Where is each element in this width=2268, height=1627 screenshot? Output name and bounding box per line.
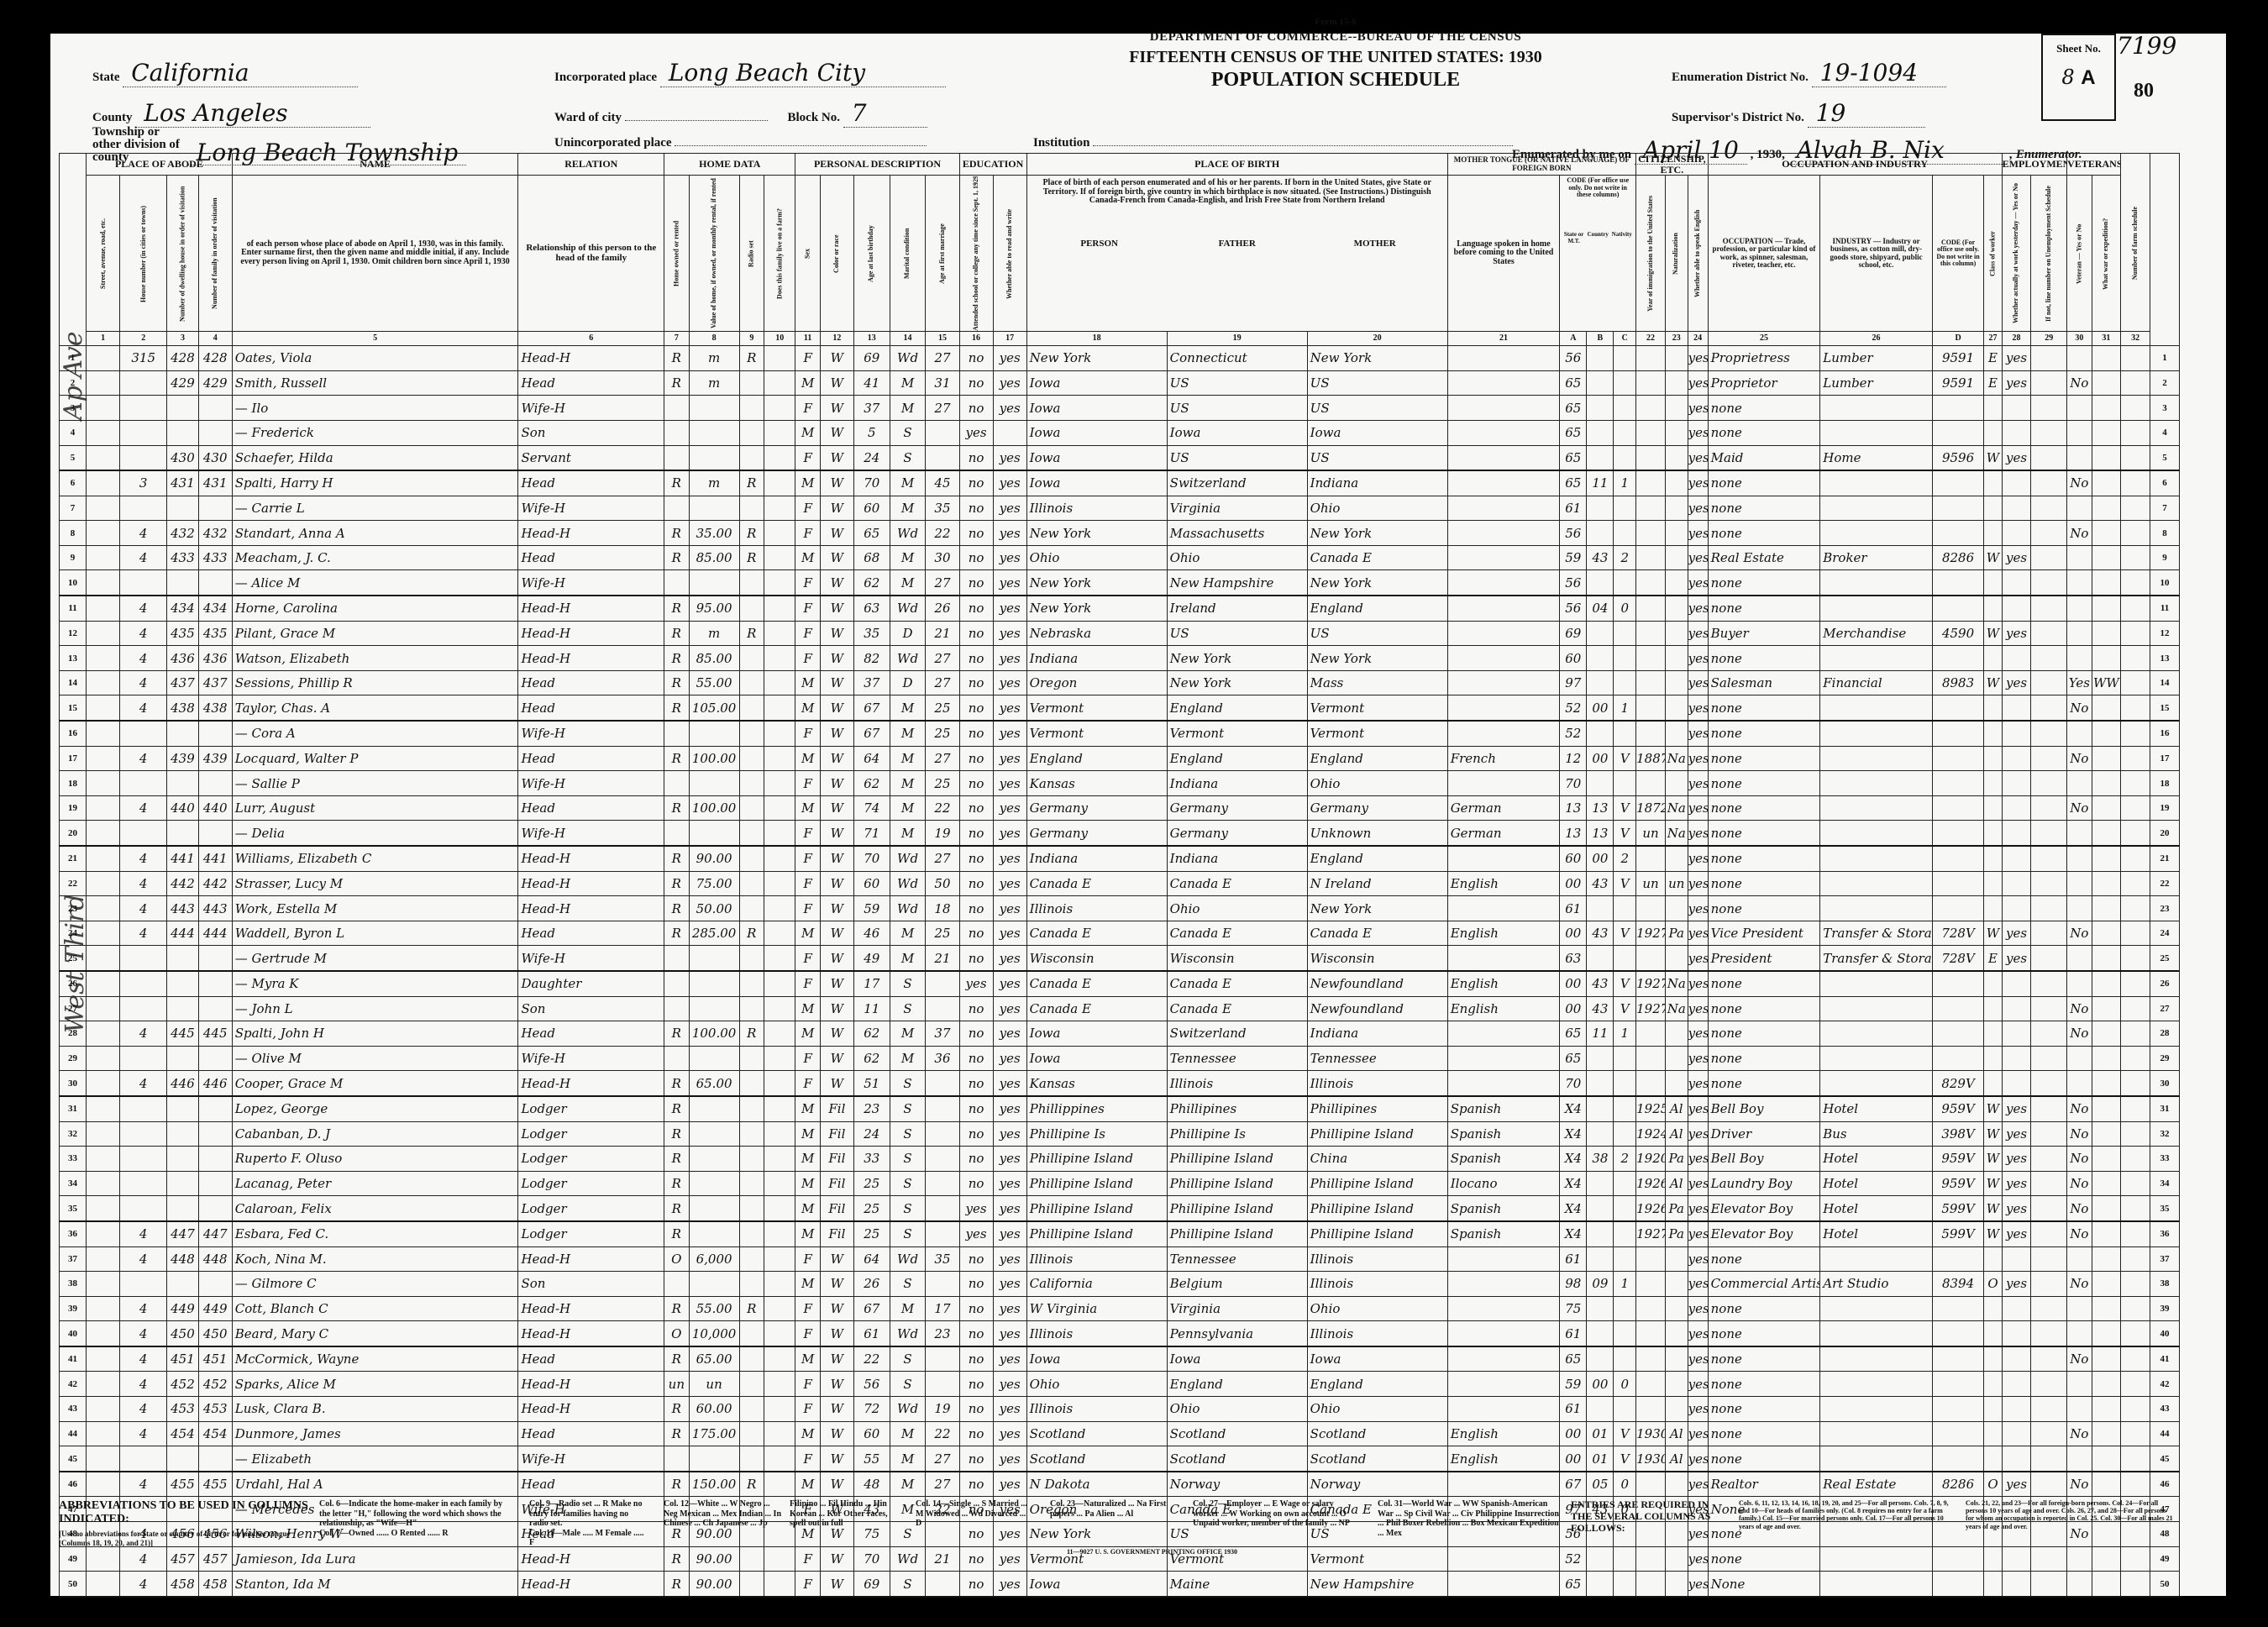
birthplace-father: Phillipine Island <box>1167 1221 1307 1246</box>
birthplace-father: Vermont <box>1167 721 1307 746</box>
farm <box>764 971 795 996</box>
age-first-marriage <box>926 1196 959 1221</box>
birthplace-mother: Iowa <box>1307 1346 1447 1372</box>
relation: Head-H <box>518 521 664 546</box>
at-work: yes <box>2002 621 2031 646</box>
war <box>2092 396 2121 421</box>
at-work <box>2002 795 2031 821</box>
home-owned-rented <box>664 445 689 470</box>
radio-set <box>739 646 764 671</box>
farm-schedule <box>2121 1296 2150 1321</box>
family-number <box>198 1046 232 1071</box>
industry <box>1820 470 1933 496</box>
relation: Head <box>518 1472 664 1497</box>
farm-schedule <box>2121 1171 2150 1196</box>
relation: Wife-H <box>518 1446 664 1472</box>
line-number-right: 46 <box>2150 1472 2180 1497</box>
read-write: yes <box>993 670 1026 695</box>
birthplace-mother: Wisconsin <box>1307 946 1447 971</box>
unemployment-line <box>2031 1121 2067 1147</box>
family-number: 443 <box>198 896 232 921</box>
mother-tongue <box>1447 846 1560 871</box>
person-name: Watson, Elizabeth <box>232 646 518 671</box>
veteran: No <box>2067 1021 2092 1047</box>
birthplace-person: W Virginia <box>1026 1296 1167 1321</box>
occupation-code <box>1932 496 1983 521</box>
age-first-marriage: 17 <box>926 1296 959 1321</box>
immigration-year <box>1636 396 1666 421</box>
immigration-year: 1926 <box>1636 1171 1666 1196</box>
radio-set <box>739 996 764 1021</box>
age-first-marriage: 25 <box>926 721 959 746</box>
street <box>87 445 120 470</box>
code-a: 13 <box>1560 821 1587 846</box>
speaks-english: yes <box>1688 1446 1708 1472</box>
code-c <box>1614 621 1636 646</box>
line-number: 9 <box>60 545 87 570</box>
line-number: 23 <box>60 896 87 921</box>
house-number <box>120 1147 167 1172</box>
worker-class <box>1984 521 2002 546</box>
code-a: 75 <box>1560 1296 1587 1321</box>
worker-class <box>1984 1572 2002 1597</box>
school: no <box>959 746 993 771</box>
industry <box>1820 521 1933 546</box>
person-name: Standart, Anna A <box>232 521 518 546</box>
birthplace-mother: Ohio <box>1307 771 1447 796</box>
war <box>2092 721 2121 746</box>
occupation: none <box>1708 1046 1820 1071</box>
age: 24 <box>853 1121 890 1147</box>
code-b <box>1587 1321 1614 1346</box>
code-c <box>1614 896 1636 921</box>
worker-class <box>1984 596 2002 621</box>
industry <box>1820 1421 1933 1446</box>
farm-schedule <box>2121 521 2150 546</box>
person-name: — John L <box>232 996 518 1021</box>
veteran: No <box>2067 795 2092 821</box>
family-number: 455 <box>198 1472 232 1497</box>
birthplace-mother: Germany <box>1307 795 1447 821</box>
street <box>87 346 120 371</box>
farm-schedule <box>2121 1071 2150 1096</box>
worker-class <box>1984 1321 2002 1346</box>
radio-set <box>739 1196 764 1221</box>
dwelling-number: 432 <box>167 521 198 546</box>
house-number <box>120 1046 167 1071</box>
occupation-code <box>1932 695 1983 721</box>
mother-tongue <box>1447 695 1560 721</box>
farm-schedule <box>2121 1372 2150 1397</box>
at-work <box>2002 896 2031 921</box>
house-number: 315 <box>120 346 167 371</box>
home-value: 75.00 <box>689 871 739 896</box>
house-number <box>120 570 167 596</box>
street <box>87 545 120 570</box>
industry: Art Studio <box>1820 1272 1933 1297</box>
street <box>87 420 120 445</box>
occupation-code <box>1932 871 1983 896</box>
line-number: 21 <box>60 846 87 871</box>
war <box>2092 1572 2121 1597</box>
family-number <box>198 1272 232 1297</box>
home-owned-rented: R <box>664 1121 689 1147</box>
industry <box>1820 721 1933 746</box>
dwelling-number <box>167 1096 198 1121</box>
birthplace-mother: Vermont <box>1307 721 1447 746</box>
naturalization <box>1665 721 1688 746</box>
read-write: yes <box>993 445 1026 470</box>
veteran <box>2067 1397 2092 1422</box>
race: W <box>820 545 853 570</box>
line-number-right: 26 <box>2150 971 2180 996</box>
dwelling-number <box>167 1121 198 1147</box>
code-b <box>1587 420 1614 445</box>
line-number-right: 25 <box>2150 946 2180 971</box>
age-first-marriage <box>926 1372 959 1397</box>
marital-status: S <box>890 1147 926 1172</box>
radio-set: R <box>739 545 764 570</box>
schedule-title: POPULATION SCHEDULE <box>1042 69 1630 92</box>
code-a: 65 <box>1560 1346 1587 1372</box>
industry <box>1820 420 1933 445</box>
immigration-year <box>1636 946 1666 971</box>
birthplace-person: Canada E <box>1026 971 1167 996</box>
line-number: 30 <box>60 1071 87 1096</box>
house-number: 4 <box>120 521 167 546</box>
radio-set <box>739 821 764 846</box>
occupation: Realtor <box>1708 1472 1820 1497</box>
occupation: Proprietor <box>1708 370 1820 396</box>
occupation: none <box>1708 1021 1820 1047</box>
birthplace-mother: Vermont <box>1307 695 1447 721</box>
farm-schedule <box>2121 821 2150 846</box>
col23-note: Col. 23—Naturalized ... Na First papers … <box>1050 1499 1184 1519</box>
radio-set <box>739 1397 764 1422</box>
line-number: 37 <box>60 1246 87 1272</box>
race: W <box>820 821 853 846</box>
immigration-year: 1920 <box>1636 1147 1666 1172</box>
col12-note: Col. 12—White ... W Negro ... Neg Mexica… <box>664 1499 781 1529</box>
occupation: none <box>1708 570 1820 596</box>
marital-status: M <box>890 946 926 971</box>
veteran: No <box>2067 921 2092 946</box>
marital-status: M <box>890 496 926 521</box>
immigration-year <box>1636 771 1666 796</box>
line-number-right: 2 <box>2150 370 2180 396</box>
table-row: 124435435Pilant, Grace MHead-HRmRFW35D21… <box>60 621 2180 646</box>
birthplace-mother: Illinois <box>1307 1272 1447 1297</box>
house-number <box>120 496 167 521</box>
sex: F <box>795 596 820 621</box>
birthplace-father: New York <box>1167 670 1307 695</box>
relation: Wife-H <box>518 946 664 971</box>
worker-class <box>1984 646 2002 671</box>
code-a: 61 <box>1560 496 1587 521</box>
house-number: 4 <box>120 1246 167 1272</box>
naturalization <box>1665 1372 1688 1397</box>
marital-status: M <box>890 570 926 596</box>
industry <box>1820 646 1933 671</box>
family-number: 433 <box>198 545 232 570</box>
street <box>87 1346 120 1372</box>
naturalization <box>1665 1046 1688 1071</box>
code-b <box>1587 396 1614 421</box>
home-value: 55.00 <box>689 1296 739 1321</box>
veteran: No <box>2067 1346 2092 1372</box>
code-a: 12 <box>1560 746 1587 771</box>
naturalization <box>1665 470 1688 496</box>
line-number: 19 <box>60 795 87 821</box>
dwelling-number: 454 <box>167 1421 198 1446</box>
table-row: 34Lacanag, PeterLodgerRMFil25SnoyesPhill… <box>60 1171 2180 1196</box>
col-3-header: Number of dwelling house in order of vis… <box>167 176 198 332</box>
code-a: X4 <box>1560 1147 1587 1172</box>
war <box>2092 921 2121 946</box>
person-name: Urdahl, Hal A <box>232 1472 518 1497</box>
home-owned-rented: R <box>664 1221 689 1246</box>
speaks-english: yes <box>1688 1272 1708 1297</box>
read-write: yes <box>993 470 1026 496</box>
race: W <box>820 1321 853 1346</box>
naturalization: Na <box>1665 821 1688 846</box>
family-number <box>198 1196 232 1221</box>
birthplace-father: Indiana <box>1167 771 1307 796</box>
birthplace-father: Canada E <box>1167 996 1307 1021</box>
relation: Wife-H <box>518 396 664 421</box>
line-number: 26 <box>60 971 87 996</box>
race: Fil <box>820 1196 853 1221</box>
veteran: No <box>2067 1171 2092 1196</box>
family-number <box>198 996 232 1021</box>
incorporated-place-field: Incorporated place Long Beach City <box>554 59 946 87</box>
person-name: Locquard, Walter P <box>232 746 518 771</box>
home-owned-rented: R <box>664 871 689 896</box>
radio-set: R <box>739 1296 764 1321</box>
code-b <box>1587 1572 1614 1597</box>
unemployment-line <box>2031 370 2067 396</box>
person-name: Sparks, Alice M <box>232 1372 518 1397</box>
immigration-year <box>1636 370 1666 396</box>
veteran <box>2067 646 2092 671</box>
home-value: m <box>689 346 739 371</box>
col-8-header: Value of home, if owned, or monthly rent… <box>689 176 739 332</box>
mother-tongue: German <box>1447 795 1560 821</box>
mother-tongue <box>1447 646 1560 671</box>
birthplace-father: US <box>1167 370 1307 396</box>
birthplace-mother: Indiana <box>1307 470 1447 496</box>
mother-tongue <box>1447 521 1560 546</box>
birthplace-mother: Phillipine Island <box>1307 1221 1447 1246</box>
code-a: 65 <box>1560 1046 1587 1071</box>
occupation: Salesman <box>1708 670 1820 695</box>
line-number: 41 <box>60 1346 87 1372</box>
house-number: 4 <box>120 1372 167 1397</box>
birthplace-father: US <box>1167 396 1307 421</box>
age-first-marriage <box>926 1121 959 1147</box>
age-first-marriage: 21 <box>926 946 959 971</box>
occupation-code <box>1932 971 1983 996</box>
home-value <box>689 721 739 746</box>
age: 71 <box>853 821 890 846</box>
marital-status: S <box>890 971 926 996</box>
industry <box>1820 570 1933 596</box>
at-work <box>2002 396 2031 421</box>
line-number: 12 <box>60 621 87 646</box>
race: W <box>820 670 853 695</box>
dwelling-number: 438 <box>167 695 198 721</box>
sex: M <box>795 1021 820 1047</box>
war <box>2092 1147 2121 1172</box>
unemployment-line <box>2031 496 2067 521</box>
line-number: 35 <box>60 1196 87 1221</box>
school: no <box>959 721 993 746</box>
marital-status: M <box>890 746 926 771</box>
farm-schedule <box>2121 1147 2150 1172</box>
unemployment-line <box>2031 1096 2067 1121</box>
line-number-right: 1 <box>2150 346 2180 371</box>
occupation-code <box>1932 1346 1983 1372</box>
birthplace-father: Iowa <box>1167 420 1307 445</box>
school: no <box>959 996 993 1021</box>
occupation: none <box>1708 496 1820 521</box>
sex: F <box>795 971 820 996</box>
incorporated-place-value: Long Beach City <box>660 59 946 87</box>
read-write: yes <box>993 1372 1026 1397</box>
birthplace-father: US <box>1167 621 1307 646</box>
relation: Son <box>518 996 664 1021</box>
veteran <box>2067 771 2092 796</box>
house-number <box>120 420 167 445</box>
veteran <box>2067 871 2092 896</box>
war <box>2092 871 2121 896</box>
occupation: President <box>1708 946 1820 971</box>
birthplace-person: Iowa <box>1026 370 1167 396</box>
farm <box>764 1246 795 1272</box>
dwelling-number: 453 <box>167 1397 198 1422</box>
line-number-right: 5 <box>2150 445 2180 470</box>
read-write: yes <box>993 1397 1026 1422</box>
birthplace-mother: Scotland <box>1307 1446 1447 1472</box>
school: no <box>959 1472 993 1497</box>
col-1-header: Street, avenue, road, etc. <box>87 176 120 332</box>
read-write: yes <box>993 795 1026 821</box>
read-write: yes <box>993 621 1026 646</box>
farm-schedule <box>2121 370 2150 396</box>
worker-class: O <box>1984 1272 2002 1297</box>
home-value: 175.00 <box>689 1421 739 1446</box>
family-number: 449 <box>198 1296 232 1321</box>
at-work <box>2002 1246 2031 1272</box>
read-write: yes <box>993 370 1026 396</box>
table-row: 174439439Locquard, Walter PHeadR100.00MW… <box>60 746 2180 771</box>
farm-schedule <box>2121 396 2150 421</box>
code-b <box>1587 721 1614 746</box>
read-write: yes <box>993 946 1026 971</box>
mother-tongue <box>1447 1572 1560 1597</box>
birthplace-father: Ohio <box>1167 545 1307 570</box>
relation: Head-H <box>518 1071 664 1096</box>
birthplace-person: Phillipine Island <box>1026 1196 1167 1221</box>
birthplace-father: Illinois <box>1167 1071 1307 1096</box>
naturalization <box>1665 670 1688 695</box>
age-first-marriage <box>926 1272 959 1297</box>
code-b <box>1587 1171 1614 1196</box>
farm-schedule <box>2121 1096 2150 1121</box>
race: W <box>820 1446 853 1472</box>
unincorporated-place-field: Unincorporated place <box>554 136 927 150</box>
unemployment-line <box>2031 695 2067 721</box>
dwelling-number <box>167 1272 198 1297</box>
school: no <box>959 896 993 921</box>
column-number-row: 1 2 3 4 5 6 7 8 9 10 11 12 13 14 15 16 1… <box>60 332 2180 346</box>
person-name: Lopez, George <box>232 1096 518 1121</box>
naturalization: Pa <box>1665 1196 1688 1221</box>
farm-schedule <box>2121 545 2150 570</box>
house-number: 4 <box>120 795 167 821</box>
naturalization: Al <box>1665 1421 1688 1446</box>
sex: F <box>795 621 820 646</box>
occupation-code <box>1932 721 1983 746</box>
at-work <box>2002 695 2031 721</box>
house-number: 4 <box>120 1472 167 1497</box>
house-number: 4 <box>120 921 167 946</box>
industry <box>1820 1046 1933 1071</box>
home-value: 95.00 <box>689 596 739 621</box>
war <box>2092 1346 2121 1372</box>
age-first-marriage: 18 <box>926 896 959 921</box>
age-first-marriage: 22 <box>926 521 959 546</box>
line-number-right: 38 <box>2150 1272 2180 1297</box>
table-row: 134436436Watson, ElizabethHead-HR85.00FW… <box>60 646 2180 671</box>
read-write: yes <box>993 1446 1026 1472</box>
code-c <box>1614 946 1636 971</box>
immigration-year: 1927 <box>1636 1221 1666 1246</box>
age-first-marriage <box>926 1147 959 1172</box>
birthplace-person: Germany <box>1026 821 1167 846</box>
table-row: 154438438Taylor, Chas. AHeadR105.00MW67M… <box>60 695 2180 721</box>
census-rows: 1315428428Oates, ViolaHead-HRmRFW69Wd27n… <box>60 346 2180 1597</box>
table-row: 234443443Work, Estella MHead-HR50.00FW59… <box>60 896 2180 921</box>
speaks-english: yes <box>1688 545 1708 570</box>
person-name: Taylor, Chas. A <box>232 695 518 721</box>
home-value: m <box>689 470 739 496</box>
street <box>87 1246 120 1272</box>
mother-tongue: Spanish <box>1447 1096 1560 1121</box>
veteran <box>2067 846 2092 871</box>
veteran: No <box>2067 470 2092 496</box>
occupation-code: 8286 <box>1932 1472 1983 1497</box>
line-number-right: 34 <box>2150 1171 2180 1196</box>
dwelling-number: 443 <box>167 896 198 921</box>
home-value: 85.00 <box>689 545 739 570</box>
worker-class <box>1984 1346 2002 1372</box>
family-number: 452 <box>198 1372 232 1397</box>
birthplace-mother: Indiana <box>1307 1021 1447 1047</box>
col-14-header: Marital condition <box>890 176 926 332</box>
farm <box>764 621 795 646</box>
table-row: 35Calaroan, FelixLodgerRMFil25SyesyesPhi… <box>60 1196 2180 1221</box>
farm-schedule <box>2121 445 2150 470</box>
read-write: yes <box>993 1572 1026 1597</box>
line-number: 11 <box>60 596 87 621</box>
birthplace-father: New York <box>1167 646 1307 671</box>
birthplace-mother: Illinois <box>1307 1321 1447 1346</box>
farm-schedule <box>2121 1046 2150 1071</box>
occupation: Vice President <box>1708 921 1820 946</box>
unemployment-line <box>2031 746 2067 771</box>
naturalization <box>1665 521 1688 546</box>
